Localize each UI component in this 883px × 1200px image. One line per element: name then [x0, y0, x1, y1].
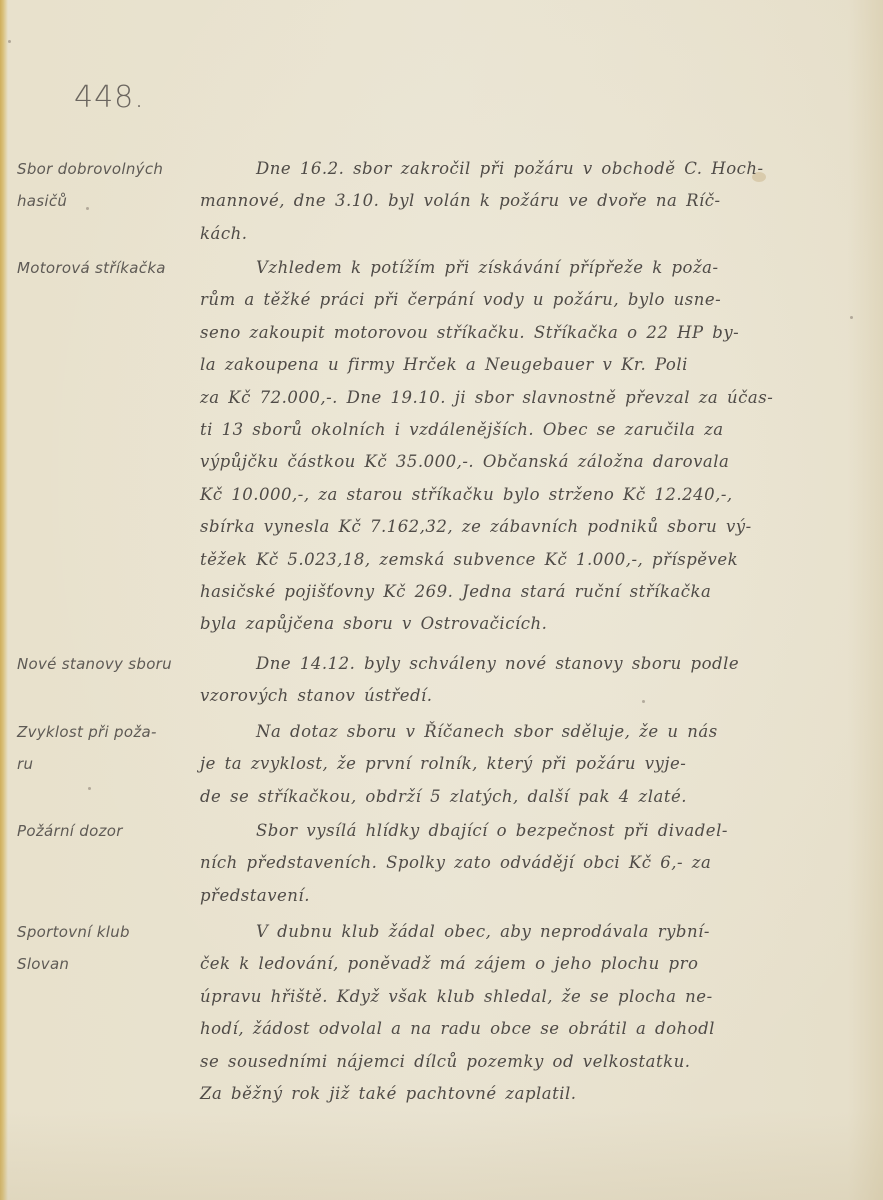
entry-paragraph: V dubnu klub žádal obec, aby neprodávala… [200, 916, 855, 1110]
margin-heading: Sbor dobrovolných hasičů [17, 153, 207, 217]
paper-speck [88, 787, 91, 790]
margin-heading: Motorová stříkačka [17, 252, 207, 284]
paper-speck [8, 40, 11, 43]
margin-heading: Zvyklost při poža- ru [17, 716, 207, 780]
page-number: 448. [74, 80, 145, 115]
margin-heading: Nové stanovy sboru [17, 648, 207, 680]
entry-paragraph: Na dotaz sboru v Říčanech sbor sděluje, … [200, 716, 855, 813]
entry-paragraph: Dne 16.2. sbor zakročil při požáru v obc… [200, 153, 855, 250]
entry-paragraph: Dne 14.12. byly schváleny nové stanovy s… [200, 648, 855, 713]
margin-heading: Požární dozor [17, 815, 207, 847]
margin-heading: Sportovní klub Slovan [17, 916, 207, 980]
entry-paragraph: Sbor vysílá hlídky dbající o bezpečnost … [200, 815, 855, 912]
entry-paragraph: Vzhledem k potížím při získávání přípřež… [200, 252, 855, 641]
manuscript-page: 448. Sbor dobrovolných hasičů Dne 16.2. … [0, 0, 883, 1200]
